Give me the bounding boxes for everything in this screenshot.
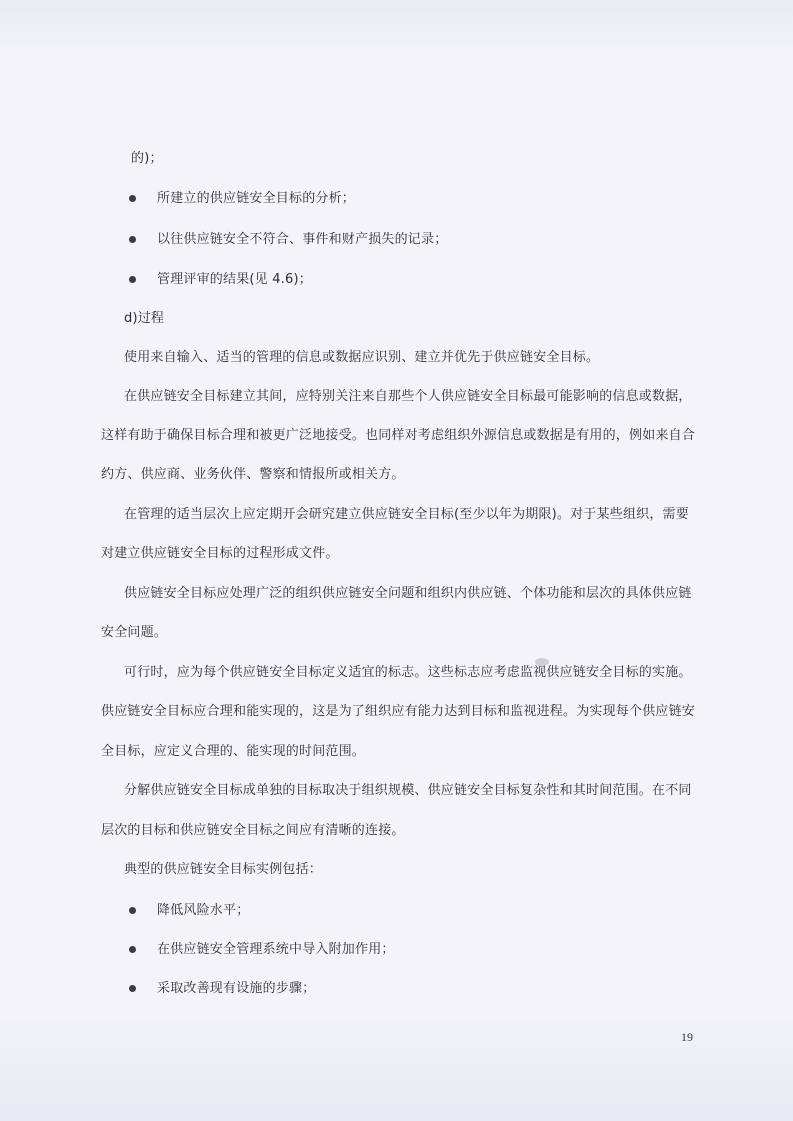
bullet-icon: [129, 985, 136, 992]
bullet-icon: [129, 907, 136, 914]
paragraph-line: 全目标，应定义合理的、能实现的时间范围。: [101, 744, 365, 760]
list-item: 以往供应链安全不符合、事件和财产损失的记录；: [157, 232, 447, 248]
bullet-icon: [129, 195, 136, 202]
paragraph-line: 使用来自输入、适当的管理的信息或数据应识别、建立并优先于供应链安全目标。: [124, 350, 599, 366]
paragraph-line: 层次的目标和供应链安全目标之间应有清晰的连接。: [101, 823, 405, 839]
bullet-icon: [129, 276, 136, 283]
paragraph-line: 分解供应链安全目标成单独的目标取决于组织规模、供应链安全目标复杂性和其时间范围。…: [124, 783, 692, 799]
paragraph-line: 可行时，应为每个供应链安全目标定义适宜的标志。这些标志应考虑监视供应链安全目标的…: [124, 665, 692, 681]
bullet-icon: [129, 946, 136, 953]
list-item: 降低风险水平；: [157, 903, 249, 919]
bullet-icon: [129, 236, 136, 243]
paragraph-line: 典型的供应链安全目标实例包括：: [124, 862, 322, 878]
paragraph-line: 供应链安全目标应合理和能实现的，这是为了组织应有能力达到目标和监视进程。为实现每…: [101, 704, 695, 720]
paragraph-line: 供应链安全目标应处理广泛的组织供应链安全问题和组织内供应链、个体功能和层次的具体…: [124, 586, 692, 602]
list-item: 在供应链安全管理系统中导入附加作用；: [157, 942, 395, 958]
page-number: 19: [681, 1030, 693, 1045]
paragraph-line: 在供应链安全目标建立其间，应特别关注来自那些个人供应链安全目标最可能影响的信息或…: [124, 389, 692, 405]
text-line: 的)；: [131, 151, 163, 167]
paragraph-line: 安全问题。: [101, 625, 167, 641]
document-page: 的)； 所建立的供应链安全目标的分析； 以往供应链安全不符合、事件和财产损失的记…: [0, 0, 793, 1121]
list-item: 采取改善现有设施的步骤；: [157, 981, 315, 997]
paragraph-line: 约方、供应商、业务伙伴、警察和情报所或相关方。: [101, 467, 405, 483]
paragraph-line: 在管理的适当层次上应定期开会研究建立供应链安全目标(至少以年为期限)。对于某些组…: [124, 507, 689, 523]
paragraph-line: 这样有助于确保目标合理和被更广泛地接受。也同样对考虑组织外源信息或数据是有用的，…: [101, 428, 695, 444]
paragraph-line: 对建立供应链安全目标的过程形成文件。: [101, 546, 339, 562]
section-heading: d)过程: [124, 311, 164, 327]
list-item: 所建立的供应链安全目标的分析；: [157, 191, 355, 207]
list-item: 管理评审的结果(见 4.6)；: [157, 272, 312, 288]
